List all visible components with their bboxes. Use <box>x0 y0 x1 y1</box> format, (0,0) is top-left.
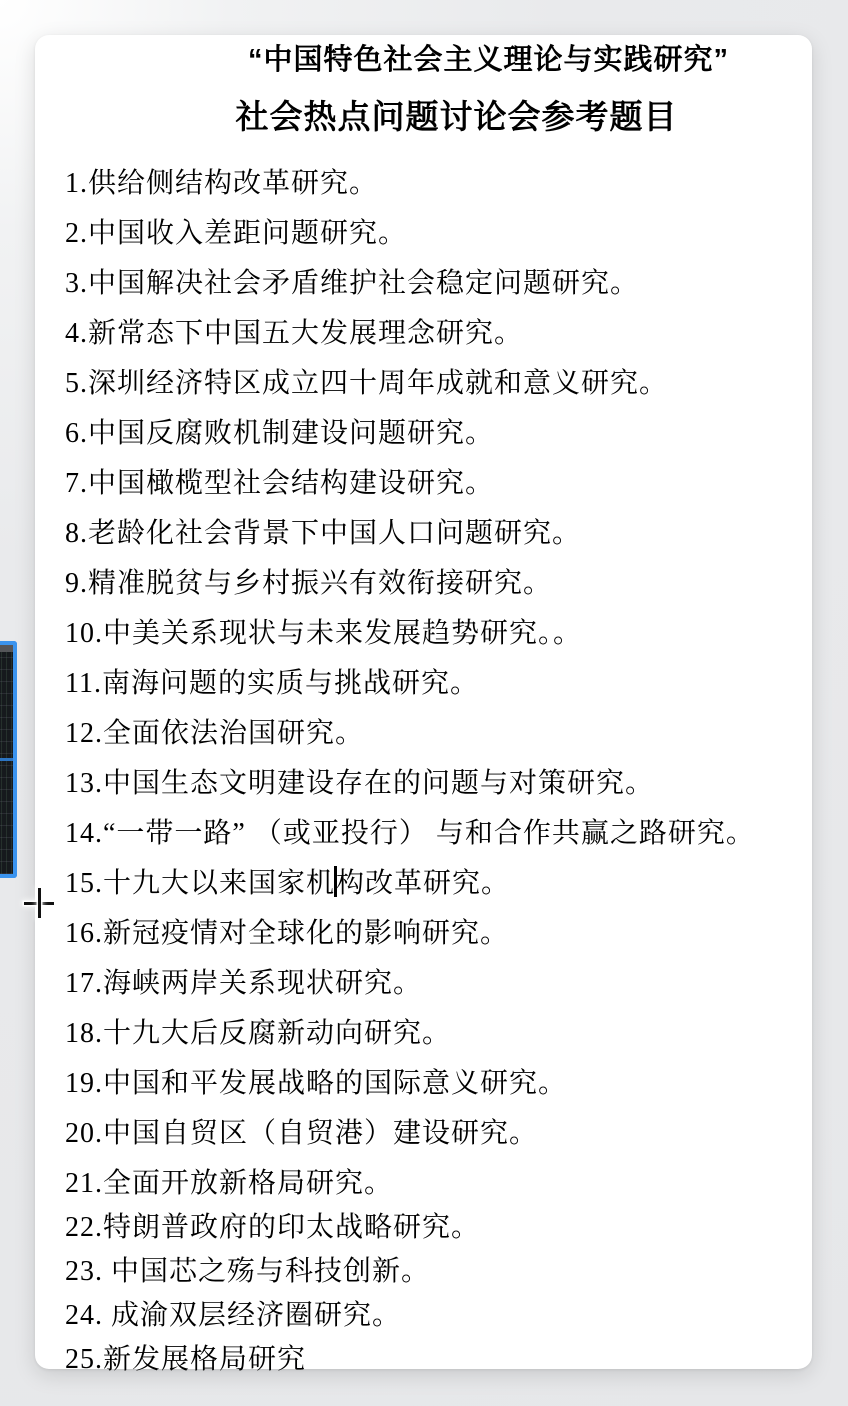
topic-list: 1.供给侧结构改革研究。 2.中国收入差距问题研究。 3.中国解决社会矛盾维护社… <box>65 166 788 1378</box>
topic-item-9[interactable]: 9.精准脱贫与乡村振兴有效衔接研究。 <box>65 566 788 602</box>
topic-item-21[interactable]: 21.全面开放新格局研究。 <box>65 1166 788 1202</box>
page-title[interactable]: 社会热点问题讨论会参考题目 <box>95 97 818 137</box>
topic-item-15[interactable]: 15.十九大以来国家机构改革研究。 <box>65 866 788 902</box>
topic-item-10[interactable]: 10.中美关系现状与未来发展趋势研究。。 <box>65 616 788 652</box>
topic-item-4[interactable]: 4.新常态下中国五大发展理念研究。 <box>65 316 788 352</box>
course-name-quote[interactable]: “中国特色社会主义理论与实践研究” <box>127 43 848 77</box>
topic-item-1[interactable]: 1.供给侧结构改革研究。 <box>65 166 788 202</box>
topic-item-23[interactable]: 23. 中国芯之殇与科技创新。 <box>65 1254 788 1290</box>
topic-item-16[interactable]: 16.新冠疫情对全球化的影响研究。 <box>65 916 788 952</box>
topic-item-24[interactable]: 24. 成渝双层经济圈研究。 <box>65 1298 788 1334</box>
thumbnail-horizontal-line <box>0 758 13 761</box>
topic-item-14[interactable]: 14.“一带一路” （或亚投行） 与和合作共赢之路研究。 <box>65 816 788 852</box>
topic-item-18[interactable]: 18.十九大后反腐新动向研究。 <box>65 1016 788 1052</box>
topic-item-12[interactable]: 12.全面依法治国研究。 <box>65 716 788 752</box>
topic-item-6[interactable]: 6.中国反腐败机制建设问题研究。 <box>65 416 788 452</box>
topic-item-2[interactable]: 2.中国收入差距问题研究。 <box>65 216 788 252</box>
thumbnail-titlebar <box>0 645 13 652</box>
topic-item-19[interactable]: 19.中国和平发展战略的国际意义研究。 <box>65 1066 788 1102</box>
topic-item-11[interactable]: 11.南海问题的实质与挑战研究。 <box>65 666 788 702</box>
topic-15-text-before-caret: 15.十九大以来国家机 <box>65 868 335 899</box>
topic-item-13[interactable]: 13.中国生态文明建设存在的问题与对策研究。 <box>65 766 788 802</box>
topic-item-22[interactable]: 22.特朗普政府的印太战略研究。 <box>65 1210 788 1246</box>
topic-item-17[interactable]: 17.海峡两岸关系现状研究。 <box>65 966 788 1002</box>
left-edge-window-thumbnail[interactable] <box>0 641 17 878</box>
topic-item-7[interactable]: 7.中国橄榄型社会结构建设研究。 <box>65 466 788 502</box>
topic-item-5[interactable]: 5.深圳经济特区成立四十周年成就和意义研究。 <box>65 366 788 402</box>
topic-15-text-after-caret: 构改革研究。 <box>336 868 510 899</box>
topic-item-25[interactable]: 25.新发展格局研究 <box>65 1342 788 1378</box>
document-page[interactable]: “中国特色社会主义理论与实践研究” 社会热点问题讨论会参考题目 1.供给侧结构改… <box>35 35 812 1369</box>
topic-item-20[interactable]: 20.中国自贸区（自贸港）建设研究。 <box>65 1116 788 1152</box>
topic-item-3[interactable]: 3.中国解决社会矛盾维护社会稳定问题研究。 <box>65 266 788 302</box>
topic-item-8[interactable]: 8.老龄化社会背景下中国人口问题研究。 <box>65 516 788 552</box>
